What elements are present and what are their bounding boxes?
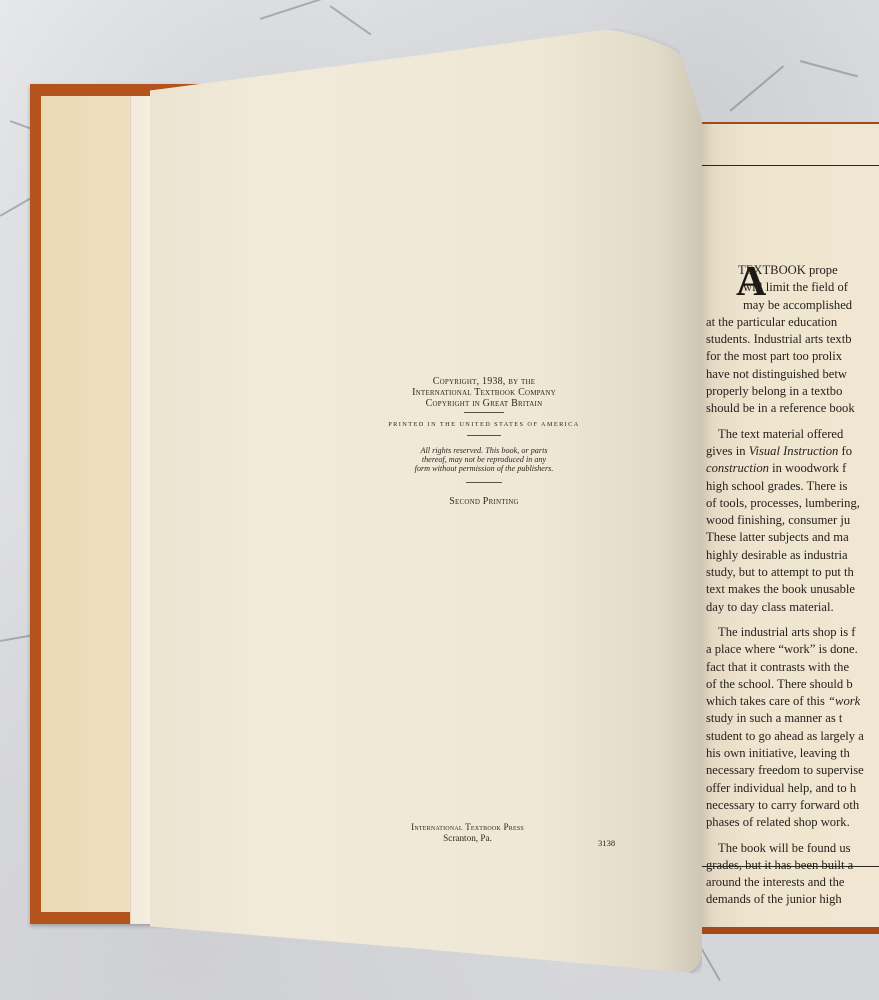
copyright-page <box>150 24 702 974</box>
preface-paragraph-4: The book will be found us grades, but it… <box>706 840 879 909</box>
preface-paragraph-2: The text material offered gives in Visua… <box>706 426 879 616</box>
marble-vein <box>699 946 721 982</box>
marble-vein <box>260 0 327 20</box>
marble-vein <box>800 60 858 77</box>
preface-text: TEXTBOOK prope will limit the field of m… <box>706 262 879 917</box>
marble-vein <box>329 5 371 35</box>
marble-vein <box>729 65 784 112</box>
preface-paragraph-3: The industrial arts shop is f a place wh… <box>706 624 879 832</box>
preface-paragraph-1: TEXTBOOK prope will limit the field of m… <box>706 262 879 418</box>
